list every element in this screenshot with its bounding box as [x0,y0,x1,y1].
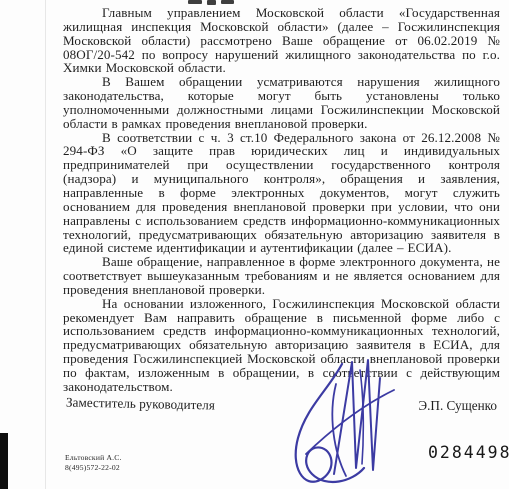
paragraph-law-reference: В соответствии с ч. 3 ст.10 Федерального… [63,131,500,256]
handwritten-signature-ink [276,356,400,489]
letter-body: Главным управлением Московской области «… [63,6,500,394]
paragraph-intro: Главным управлением Московской области «… [63,6,500,75]
scan-page-edge-line [45,0,46,489]
executor-contact-block: Ельтовский А.С. 8(495)572-22-02 [65,453,122,472]
paragraph-violations: В Вашем обращении усматриваются нарушени… [63,75,500,130]
executor-name: Ельтовский А.С. [65,453,122,463]
scanned-letter-page: Главным управлением Московской области «… [0,0,509,489]
signer-name: Э.П. Сущенко [418,398,497,414]
registration-stamp-number: 0284498 [428,443,509,462]
scan-smudge [221,0,234,4]
executor-phone: 8(495)572-22-02 [65,463,122,473]
signature-strokes [296,360,394,482]
paragraph-noncompliance: Ваше обращение, направленное в форме эле… [63,255,500,297]
scan-artifact-corner [0,433,8,489]
signer-position-title: Заместитель руководителя [66,394,215,413]
scan-smudge [188,0,202,4]
